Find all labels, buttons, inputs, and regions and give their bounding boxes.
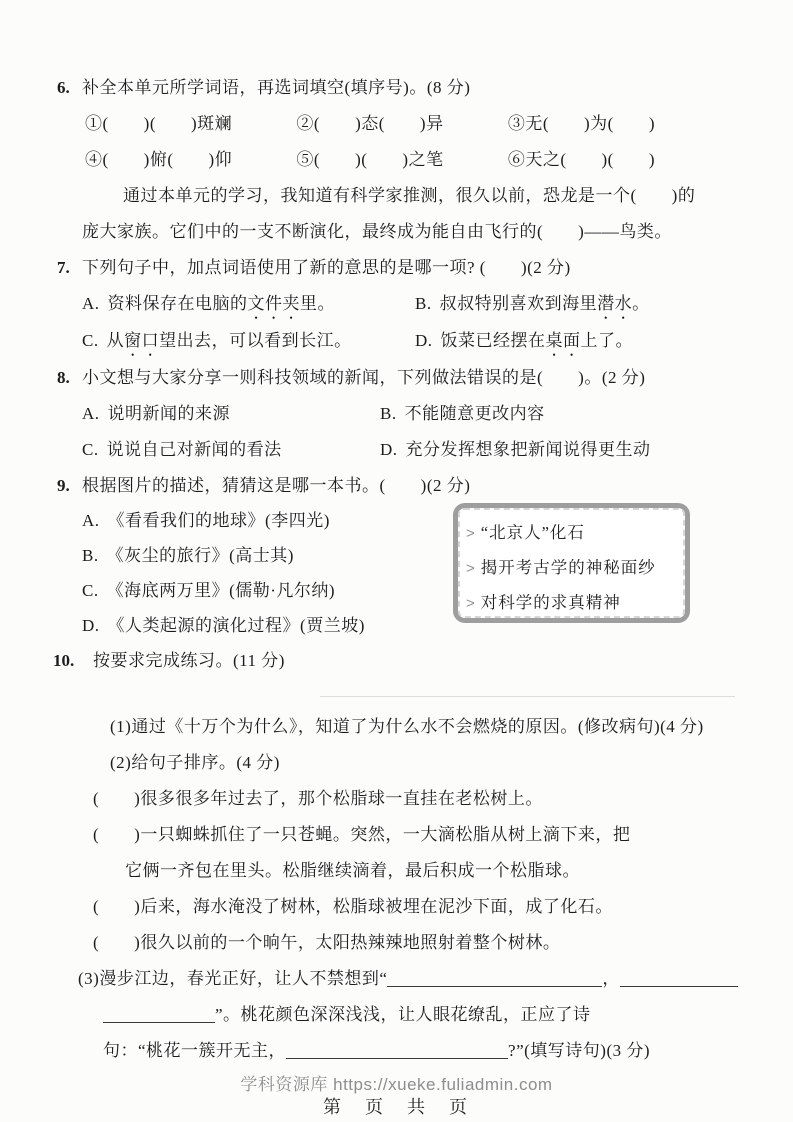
fill-blank-item: ⑥天之( )( ) (508, 142, 655, 178)
fill-blank-item: ④( )俯( )仰 (85, 142, 232, 178)
option-label: D. (415, 331, 433, 350)
option-text: 说说自己对新闻的看法 (107, 440, 282, 459)
q6-stem-line: 6. 补全本单元所学词语，再选词填空(填序号)。(8 分) (82, 70, 793, 106)
answer-paren: ( ) (93, 789, 140, 808)
question-6: 6. 补全本单元所学词语，再选词填空(填序号)。(8 分) ①( )( )斑斓 … (0, 70, 793, 250)
option-text: 资料保存在电脑的 (108, 294, 248, 313)
sentence-text: 它俩一齐包在里头。松脂继续滴着，最后积成一个松脂球。 (125, 861, 580, 880)
option-label: A. (82, 294, 100, 313)
footer-page-indicator: 第 页 共 页 (0, 1095, 793, 1119)
option-A: A.资料保存在电脑的文件夹里。 (82, 286, 415, 323)
q9-stem-line: 9. 根据图片的描述，猜猜这是哪一本书。( )(2 分) (82, 468, 793, 503)
blank-work-area (0, 679, 793, 709)
hint-text: “北京人”化石 (481, 523, 585, 542)
q10-part-3-line-2: ”。桃花颜色深深浅浅，让人眼花缭乱，正应了诗 (103, 997, 793, 1033)
hint-text: 揭开考古学的神秘面纱 (481, 558, 656, 577)
chevron-bullet-icon: > (466, 525, 476, 542)
answer-blank-line (103, 1003, 215, 1023)
fill-blank-item: ⑤( )( )之笔 (296, 142, 443, 178)
option-text: 《灰尘的旅行》(高士其) (107, 546, 294, 565)
sort-sentence-2-continued: 它俩一齐包在里头。松脂继续滴着，最后积成一个松脂球。 (125, 853, 793, 889)
question-10: 10. 按要求完成练习。(11 分) (1)通过《十万个为什么》，知道了为什么水… (0, 643, 793, 1069)
sentence-text: (3)漫步江边，春光正好，让人不禁想到“ (78, 969, 387, 988)
sentence-text: 句：“桃花一簇开无主， (103, 1041, 286, 1060)
answer-blank-line (286, 1039, 508, 1059)
answer-paren: ( ) (93, 825, 140, 844)
q8-options: A.说明新闻的来源 B.不能随意更改内容 C.说说自己对新闻的看法 D.充分发挥… (82, 396, 793, 468)
option-C: C.说说自己对新闻的看法 (82, 432, 380, 468)
option-C: C.从窗口望出去，可以看到长江。 (82, 323, 415, 360)
q10-part-2: (2)给句子排序。(4 分) (110, 745, 793, 781)
option-label: B. (380, 404, 397, 423)
option-B: B.不能随意更改内容 (380, 396, 793, 432)
q9-book-hints-box: >“北京人”化石 >揭开考古学的神秘面纱 >对科学的求真精神 (453, 503, 690, 623)
question-number: 9. (57, 468, 70, 503)
hint-item: >对科学的求真精神 (466, 586, 679, 621)
option-label: C. (82, 440, 99, 459)
option-label: B. (82, 546, 99, 565)
q7-options: A.资料保存在电脑的文件夹里。 B.叔叔特别喜欢到海里潜水。 C.从窗口望出去，… (82, 286, 793, 360)
sort-sentence-3: ( )后来，海水淹没了树林，松脂球被埋在泥沙下面，成了化石。 (93, 889, 793, 925)
option-text: 充分发挥想象把新闻说得更生动 (406, 440, 651, 459)
option-text: 叔叔特别喜欢到海里 (440, 294, 598, 313)
q8-stem-line: 8. 小文想与大家分享一则科技领域的新闻，下列做法错误的是( )。(2 分) (82, 360, 793, 396)
q9-stem-text: 根据图片的描述，猜猜这是哪一本书。( )(2 分) (82, 476, 470, 495)
question-number: 6. (57, 70, 70, 106)
option-label: A. (82, 404, 100, 423)
dotted-word: 桌面 (546, 331, 581, 350)
sentence-text: 一只蜘蛛抓住了一只苍蝇。突然，一大滴松脂从树上滴下来，把 (140, 825, 630, 844)
dotted-word: 窗口 (124, 331, 159, 350)
answer-paren: ( ) (93, 933, 140, 952)
fill-blank-item: ②( )态( )异 (296, 106, 443, 142)
option-text: 说明新闻的来源 (108, 404, 231, 423)
option-B: B.叔叔特别喜欢到海里潜水。 (415, 286, 793, 323)
option-text: 望出去，可以看到长江。 (159, 331, 352, 350)
option-label: A. (82, 511, 100, 530)
option-text: 《海底两万里》(儒勒·凡尔纳) (107, 581, 335, 600)
q10-part-3-line-1: (3)漫步江边，春光正好，让人不禁想到“， (78, 961, 793, 997)
q6-word-row-2: ④( )俯( )仰 ⑤( )( )之笔 ⑥天之( )( ) (85, 142, 655, 178)
option-text: 里。 (300, 294, 335, 313)
answer-blank-line (620, 967, 738, 987)
option-label: C. (82, 581, 99, 600)
answer-blank-line (387, 967, 602, 987)
footer-site-link: 学科资源库 https://xueke.fuliadmin.com (0, 1075, 793, 1095)
q6-word-row-1: ①( )( )斑斓 ②( )态( )异 ③无( )为( ) (85, 106, 655, 142)
exam-page: 6. 补全本单元所学词语，再选词填空(填序号)。(8 分) ①( )( )斑斓 … (0, 0, 793, 1122)
question-number: 8. (57, 360, 70, 396)
option-text: 上了。 (581, 331, 634, 350)
sentence-text: 很久以前的一个晌午，太阳热辣辣地照射着整个树林。 (140, 933, 560, 952)
sentence-text: ， (602, 969, 620, 988)
question-8: 8. 小文想与大家分享一则科技领域的新闻，下列做法错误的是( )。(2 分) A… (0, 360, 793, 468)
question-number: 7. (57, 250, 70, 286)
option-label: B. (415, 294, 432, 313)
option-label: D. (82, 616, 100, 635)
sentence-text: 后来，海水淹没了树林，松脂球被埋在泥沙下面，成了化石。 (140, 897, 613, 916)
option-A: A.说明新闻的来源 (82, 396, 380, 432)
fill-blank-item: ①( )( )斑斓 (85, 106, 232, 142)
option-label: C. (82, 331, 99, 350)
q7-stem-text: 下列句子中，加点词语使用了新的意思的是哪一项? ( )(2 分) (82, 258, 571, 277)
option-text: 《看看我们的地球》(李四光) (108, 511, 330, 530)
dotted-word: 潜水 (597, 294, 632, 313)
q10-part-1: (1)通过《十万个为什么》，知道了为什么水不会燃烧的原因。(修改病句)(4 分) (110, 709, 793, 745)
q6-stem-text: 补全本单元所学词语，再选词填空(填序号)。(8 分) (82, 78, 470, 97)
option-text: 饭菜已经摆在 (441, 331, 546, 350)
chevron-bullet-icon: > (466, 595, 476, 612)
option-D: D.充分发挥想象把新闻说得更生动 (380, 432, 793, 468)
sort-sentence-1: ( )很多很多年过去了，那个松脂球一直挂在老松树上。 (93, 781, 793, 817)
q10-stem-line: 10. 按要求完成练习。(11 分) (93, 643, 793, 679)
hint-item: >揭开考古学的神秘面纱 (466, 551, 679, 586)
q6-paragraph-line-1: 通过本单元的学习，我知道有科学家推测，很久以前，恐龙是一个( )的 (82, 178, 793, 214)
sentence-text: ”。桃花颜色深深浅浅，让人眼花缭乱，正应了诗 (215, 1005, 591, 1024)
q7-stem-line: 7. 下列句子中，加点词语使用了新的意思的是哪一项? ( )(2 分) (82, 250, 793, 286)
option-text: 《人类起源的演化过程》(贾兰坡) (108, 616, 365, 635)
q8-stem-text: 小文想与大家分享一则科技领域的新闻，下列做法错误的是( )。(2 分) (82, 368, 645, 387)
sentence-text: 很多很多年过去了，那个松脂球一直挂在老松树上。 (140, 789, 543, 808)
sentence-text: ?”(填写诗句)(3 分) (508, 1041, 650, 1060)
option-label: D. (380, 440, 398, 459)
dotted-word: 文件夹 (248, 294, 301, 313)
option-D: D.饭菜已经摆在桌面上了。 (415, 323, 793, 360)
q6-paragraph-line-2: 庞大家族。它们中的一支不断演化，最终成为能自由飞行的( )——鸟类。 (82, 214, 793, 250)
question-number: 10. (53, 643, 74, 679)
question-7: 7. 下列句子中，加点词语使用了新的意思的是哪一项? ( )(2 分) A.资料… (0, 250, 793, 360)
faint-bleed-line (320, 696, 735, 697)
option-text: 。 (632, 294, 650, 313)
option-text: 从 (107, 331, 125, 350)
sort-sentence-2: ( )一只蜘蛛抓住了一只苍蝇。突然，一大滴松脂从树上滴下来，把 (93, 817, 793, 853)
chevron-bullet-icon: > (466, 560, 476, 577)
q10-part-3-line-3: 句：“桃花一簇开无主，?”(填写诗句)(3 分) (103, 1033, 793, 1069)
hint-text: 对科学的求真精神 (481, 593, 621, 612)
hint-item: >“北京人”化石 (466, 516, 679, 551)
answer-paren: ( ) (93, 897, 140, 916)
q10-stem-text: 按要求完成练习。(11 分) (93, 651, 285, 670)
option-text: 不能随意更改内容 (405, 404, 545, 423)
fill-blank-item: ③无( )为( ) (508, 106, 655, 142)
sort-sentence-4: ( )很久以前的一个晌午，太阳热辣辣地照射着整个树林。 (93, 925, 793, 961)
